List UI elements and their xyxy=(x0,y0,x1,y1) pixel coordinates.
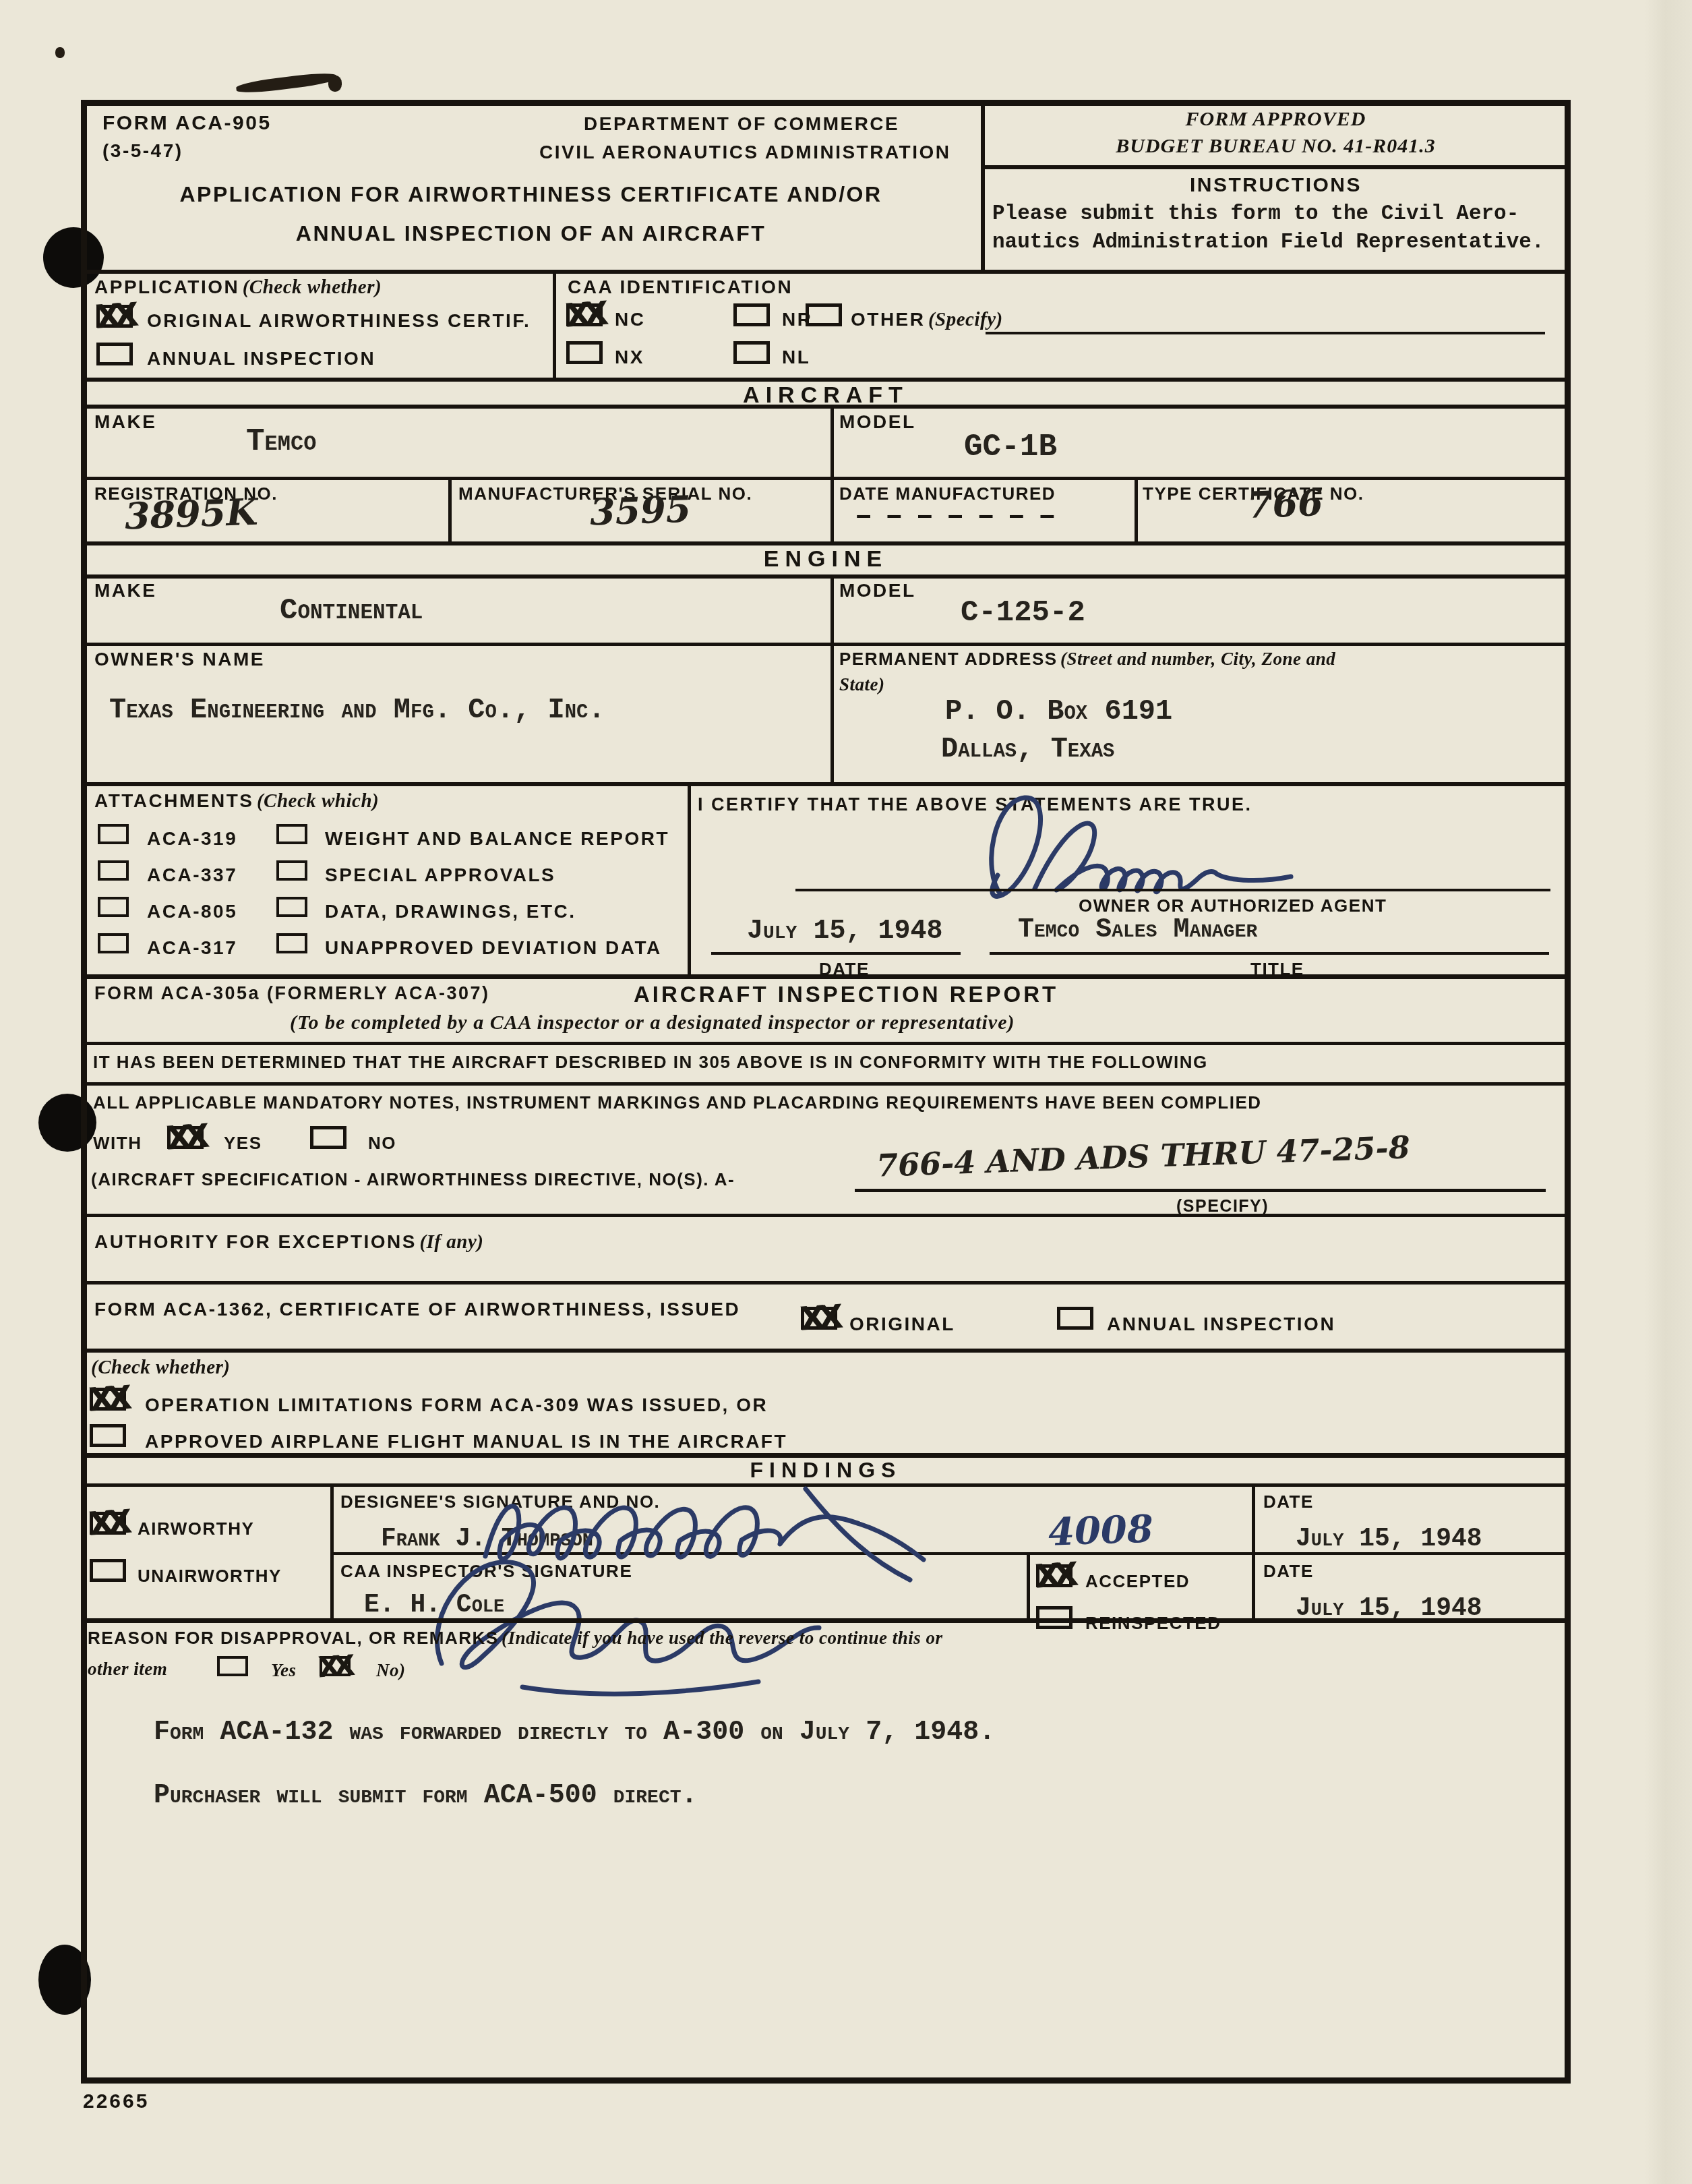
determined-statement: IT HAS BEEN DETERMINED THAT THE AIRCRAFT… xyxy=(93,1053,1208,1071)
document-serial-number: 22665 xyxy=(83,2090,149,2113)
aircraft-make-label: MAKE xyxy=(94,413,156,432)
divider xyxy=(448,477,452,541)
serial-number-value: 3595 xyxy=(589,490,692,530)
attachments-label: ATTACHMENTS xyxy=(94,790,253,811)
engine-model-label: MODEL xyxy=(839,581,916,600)
unairworthy-checkbox xyxy=(90,1559,126,1582)
ink-smudge xyxy=(235,71,337,95)
ink-smudge xyxy=(328,76,342,92)
divider xyxy=(830,405,834,477)
divider xyxy=(981,165,1571,169)
scanned-form-page: FORM ACA-905 (3-5-47) DEPARTMENT OF COMM… xyxy=(0,0,1692,2184)
other-specify-hint: (Specify) xyxy=(928,309,1003,330)
divider xyxy=(81,541,1571,545)
permanent-address-hint: (Street and number, City, Zone and xyxy=(1060,649,1335,669)
registration-value: 3895K xyxy=(124,494,258,535)
remarks-label: REASON FOR DISAPPROVAL, OR REMARKS xyxy=(88,1628,499,1648)
complied-yes-label: YES xyxy=(224,1134,262,1152)
check-whether-hint: (Check whether) xyxy=(91,1358,230,1378)
budget-bureau-number: BUDGET BUREAU NO. 41-R041.3 xyxy=(981,135,1571,158)
application-label: APPLICATION xyxy=(94,276,239,297)
remarks-hint1: (Indicate if you have used the reverse t… xyxy=(502,1628,942,1648)
caa-identification-label: CAA IDENTIFICATION xyxy=(568,278,793,297)
attachments-hint: (Check which) xyxy=(257,790,379,812)
owner-name-value: Texas Engineering and Mfg. Co., Inc. xyxy=(109,696,605,724)
specify-blank-line xyxy=(986,332,1545,334)
remarks-typed-line2: Purchaser will submit form ACA-500 direc… xyxy=(154,1783,698,1810)
date-line xyxy=(711,952,961,955)
reinspected-label: REINSPECTED xyxy=(1085,1614,1221,1632)
authority-exceptions-hint: (If any) xyxy=(419,1231,483,1253)
divider xyxy=(81,1042,1571,1045)
divider xyxy=(553,270,556,378)
permanent-address-label: PERMANENT ADDRESS xyxy=(839,649,1058,669)
inspector-signature xyxy=(394,1525,853,1707)
authority-exceptions-label: AUTHORITY FOR EXCEPTIONS xyxy=(94,1231,417,1252)
form-revision-date: (3-5-47) xyxy=(102,142,183,160)
airworthy-checkbox xyxy=(90,1512,126,1535)
certify-date-value: July 15, 1948 xyxy=(747,918,942,945)
remarks-no-checkbox xyxy=(320,1656,351,1676)
issued-original-label: ORIGINAL xyxy=(849,1315,955,1334)
airworthy-label: AIRWORTHY xyxy=(138,1520,254,1537)
page-title-line1: APPLICATION FOR AIRWORTHINESS CERTIFICAT… xyxy=(81,183,981,205)
aca-317-checkbox xyxy=(98,933,129,953)
divider xyxy=(330,1483,334,1618)
divider xyxy=(81,1349,1571,1353)
owner-name-label: OWNER'S NAME xyxy=(94,650,265,669)
original-airworthiness-checkbox xyxy=(96,305,133,328)
signature-line xyxy=(795,889,1550,891)
nc-label: NC xyxy=(615,310,645,329)
report-form-line: FORM ACA-305a (FORMERLY ACA-307) xyxy=(94,984,490,1003)
title-line xyxy=(990,952,1549,955)
annual-inspection-label: ANNUAL INSPECTION xyxy=(147,349,375,368)
divider xyxy=(81,574,1571,579)
nx-label: NX xyxy=(615,348,644,367)
other-label: OTHER xyxy=(851,309,926,330)
inspector-date-label: DATE xyxy=(1263,1562,1314,1580)
flight-manual-label: APPROVED AIRPLANE FLIGHT MANUAL IS IN TH… xyxy=(145,1432,787,1451)
annual-inspection-checkbox xyxy=(96,343,133,365)
report-title: AIRCRAFT INSPECTION REPORT xyxy=(634,983,1058,1005)
aca-337-checkbox xyxy=(98,860,129,881)
original-airworthiness-label: ORIGINAL AIRWORTHINESS CERTIF. xyxy=(147,312,531,330)
report-subtitle: (To be completed by a CAA inspector or a… xyxy=(290,1011,1015,1034)
instructions-text-line2: nautics Administration Field Representat… xyxy=(992,232,1544,253)
instructions-text-line1: Please submit this form to the Civil Aer… xyxy=(992,204,1519,225)
form-number: FORM ACA-905 xyxy=(102,113,272,134)
divider xyxy=(81,405,1571,409)
permanent-address-hint2: State) xyxy=(839,676,885,694)
nc-checkbox xyxy=(566,303,603,326)
divider xyxy=(830,477,834,541)
unairworthy-label: UNAIRWORTHY xyxy=(138,1567,282,1585)
application-hint: (Check whether) xyxy=(243,276,382,298)
divider xyxy=(81,974,1571,979)
administration-line: CIVIL AERONAUTICS ADMINISTRATION xyxy=(539,143,950,162)
accepted-label: ACCEPTED xyxy=(1085,1572,1190,1590)
specify-line xyxy=(855,1189,1546,1192)
deviation-data-checkbox xyxy=(276,933,307,953)
complied-yes-checkbox xyxy=(167,1126,204,1149)
remarks-hint2: other item xyxy=(88,1660,167,1678)
issued-annual-checkbox xyxy=(1057,1307,1093,1330)
remarks-typed-line1: Form ACA-132 was forwarded directly to A… xyxy=(154,1719,995,1746)
aca-319-label: ACA-319 xyxy=(147,829,237,848)
issued-original-checkbox xyxy=(801,1307,837,1330)
divider xyxy=(81,1453,1571,1458)
form-approved-label: FORM APPROVED xyxy=(981,108,1571,131)
flight-manual-checkbox xyxy=(90,1424,126,1447)
weight-balance-label: WEIGHT AND BALANCE REPORT xyxy=(325,829,669,848)
engine-model-value: C-125-2 xyxy=(961,598,1085,628)
remarks-no-label: No) xyxy=(376,1661,406,1680)
engine-make-value: Continental xyxy=(280,596,423,626)
nr-checkbox xyxy=(733,303,770,326)
aca-1362-label: FORM ACA-1362, CERTIFICATE OF AIRWORTHIN… xyxy=(94,1300,740,1319)
divider xyxy=(81,378,1571,382)
divider xyxy=(81,270,1571,274)
accepted-checkbox xyxy=(1036,1564,1072,1587)
aca-337-label: ACA-337 xyxy=(147,866,237,885)
type-certificate-value: 766 xyxy=(1246,484,1324,523)
instructions-title: INSTRUCTIONS xyxy=(981,175,1571,196)
engine-make-label: MAKE xyxy=(94,581,156,600)
other-checkbox xyxy=(806,303,842,326)
spec-directive-prefix: (AIRCRAFT SPECIFICATION - AIRWORTHINESS … xyxy=(91,1171,735,1188)
aca-317-label: ACA-317 xyxy=(147,939,237,957)
aca-805-checkbox xyxy=(98,897,129,917)
reinspected-checkbox xyxy=(1036,1606,1072,1629)
aircraft-model-label: MODEL xyxy=(839,413,916,432)
designee-date-label: DATE xyxy=(1263,1493,1314,1510)
divider xyxy=(688,782,691,974)
operation-limitations-checkbox xyxy=(90,1388,126,1411)
divider xyxy=(1252,1483,1255,1618)
divider xyxy=(81,643,1571,646)
designee-number: 4008 xyxy=(1048,1510,1154,1551)
remarks-yes-label: Yes xyxy=(271,1661,297,1680)
nx-checkbox xyxy=(566,341,603,364)
engine-section-title: ENGINE xyxy=(81,546,1571,572)
date-manufactured-value: – – – – – – – xyxy=(856,500,1058,531)
data-drawings-label: DATA, DRAWINGS, ETC. xyxy=(325,902,576,921)
with-label: WITH xyxy=(93,1134,142,1152)
department-line: DEPARTMENT OF COMMERCE xyxy=(584,115,899,134)
divider xyxy=(1027,1552,1030,1618)
complied-statement: ALL APPLICABLE MANDATORY NOTES, INSTRUME… xyxy=(93,1094,1262,1111)
special-approvals-checkbox xyxy=(276,860,307,881)
owner-address-line2: Dallas, Texas xyxy=(941,735,1114,763)
complied-no-label: NO xyxy=(368,1134,396,1152)
owner-address-line1: P. O. Box 6191 xyxy=(945,697,1172,726)
divider xyxy=(81,1082,1571,1086)
weight-balance-checkbox xyxy=(276,824,307,844)
operation-limitations-label: OPERATION LIMITATIONS FORM ACA-309 WAS I… xyxy=(145,1396,768,1415)
specify-caption: (SPECIFY) xyxy=(1176,1198,1269,1215)
complied-no-checkbox xyxy=(310,1126,346,1149)
divider xyxy=(830,574,834,782)
aca-805-label: ACA-805 xyxy=(147,902,237,921)
deviation-data-label: UNAPPROVED DEVIATION DATA xyxy=(325,939,662,957)
aca-319-checkbox xyxy=(98,824,129,844)
owner-agent-caption: OWNER OR AUTHORIZED AGENT xyxy=(1079,897,1387,914)
divider xyxy=(81,477,1571,480)
special-approvals-label: SPECIAL APPROVALS xyxy=(325,866,555,885)
nl-checkbox xyxy=(733,341,770,364)
divider xyxy=(81,1618,1571,1623)
aircraft-model-value: GC-1B xyxy=(964,432,1057,463)
page-title-line2: ANNUAL INSPECTION OF AN AIRCRAFT xyxy=(81,223,981,244)
designee-date-value: July 15, 1948 xyxy=(1296,1527,1482,1552)
data-drawings-checkbox xyxy=(276,897,307,917)
divider xyxy=(1135,477,1138,541)
divider xyxy=(81,1214,1571,1217)
remarks-yes-checkbox xyxy=(217,1656,248,1676)
aircraft-make-value: Temco xyxy=(246,426,316,457)
certify-title-value: Temco Sales Manager xyxy=(1018,917,1257,944)
ink-smudge xyxy=(55,47,65,58)
issued-annual-label: ANNUAL INSPECTION xyxy=(1107,1315,1335,1334)
divider xyxy=(81,1281,1571,1285)
nl-label: NL xyxy=(782,348,810,367)
